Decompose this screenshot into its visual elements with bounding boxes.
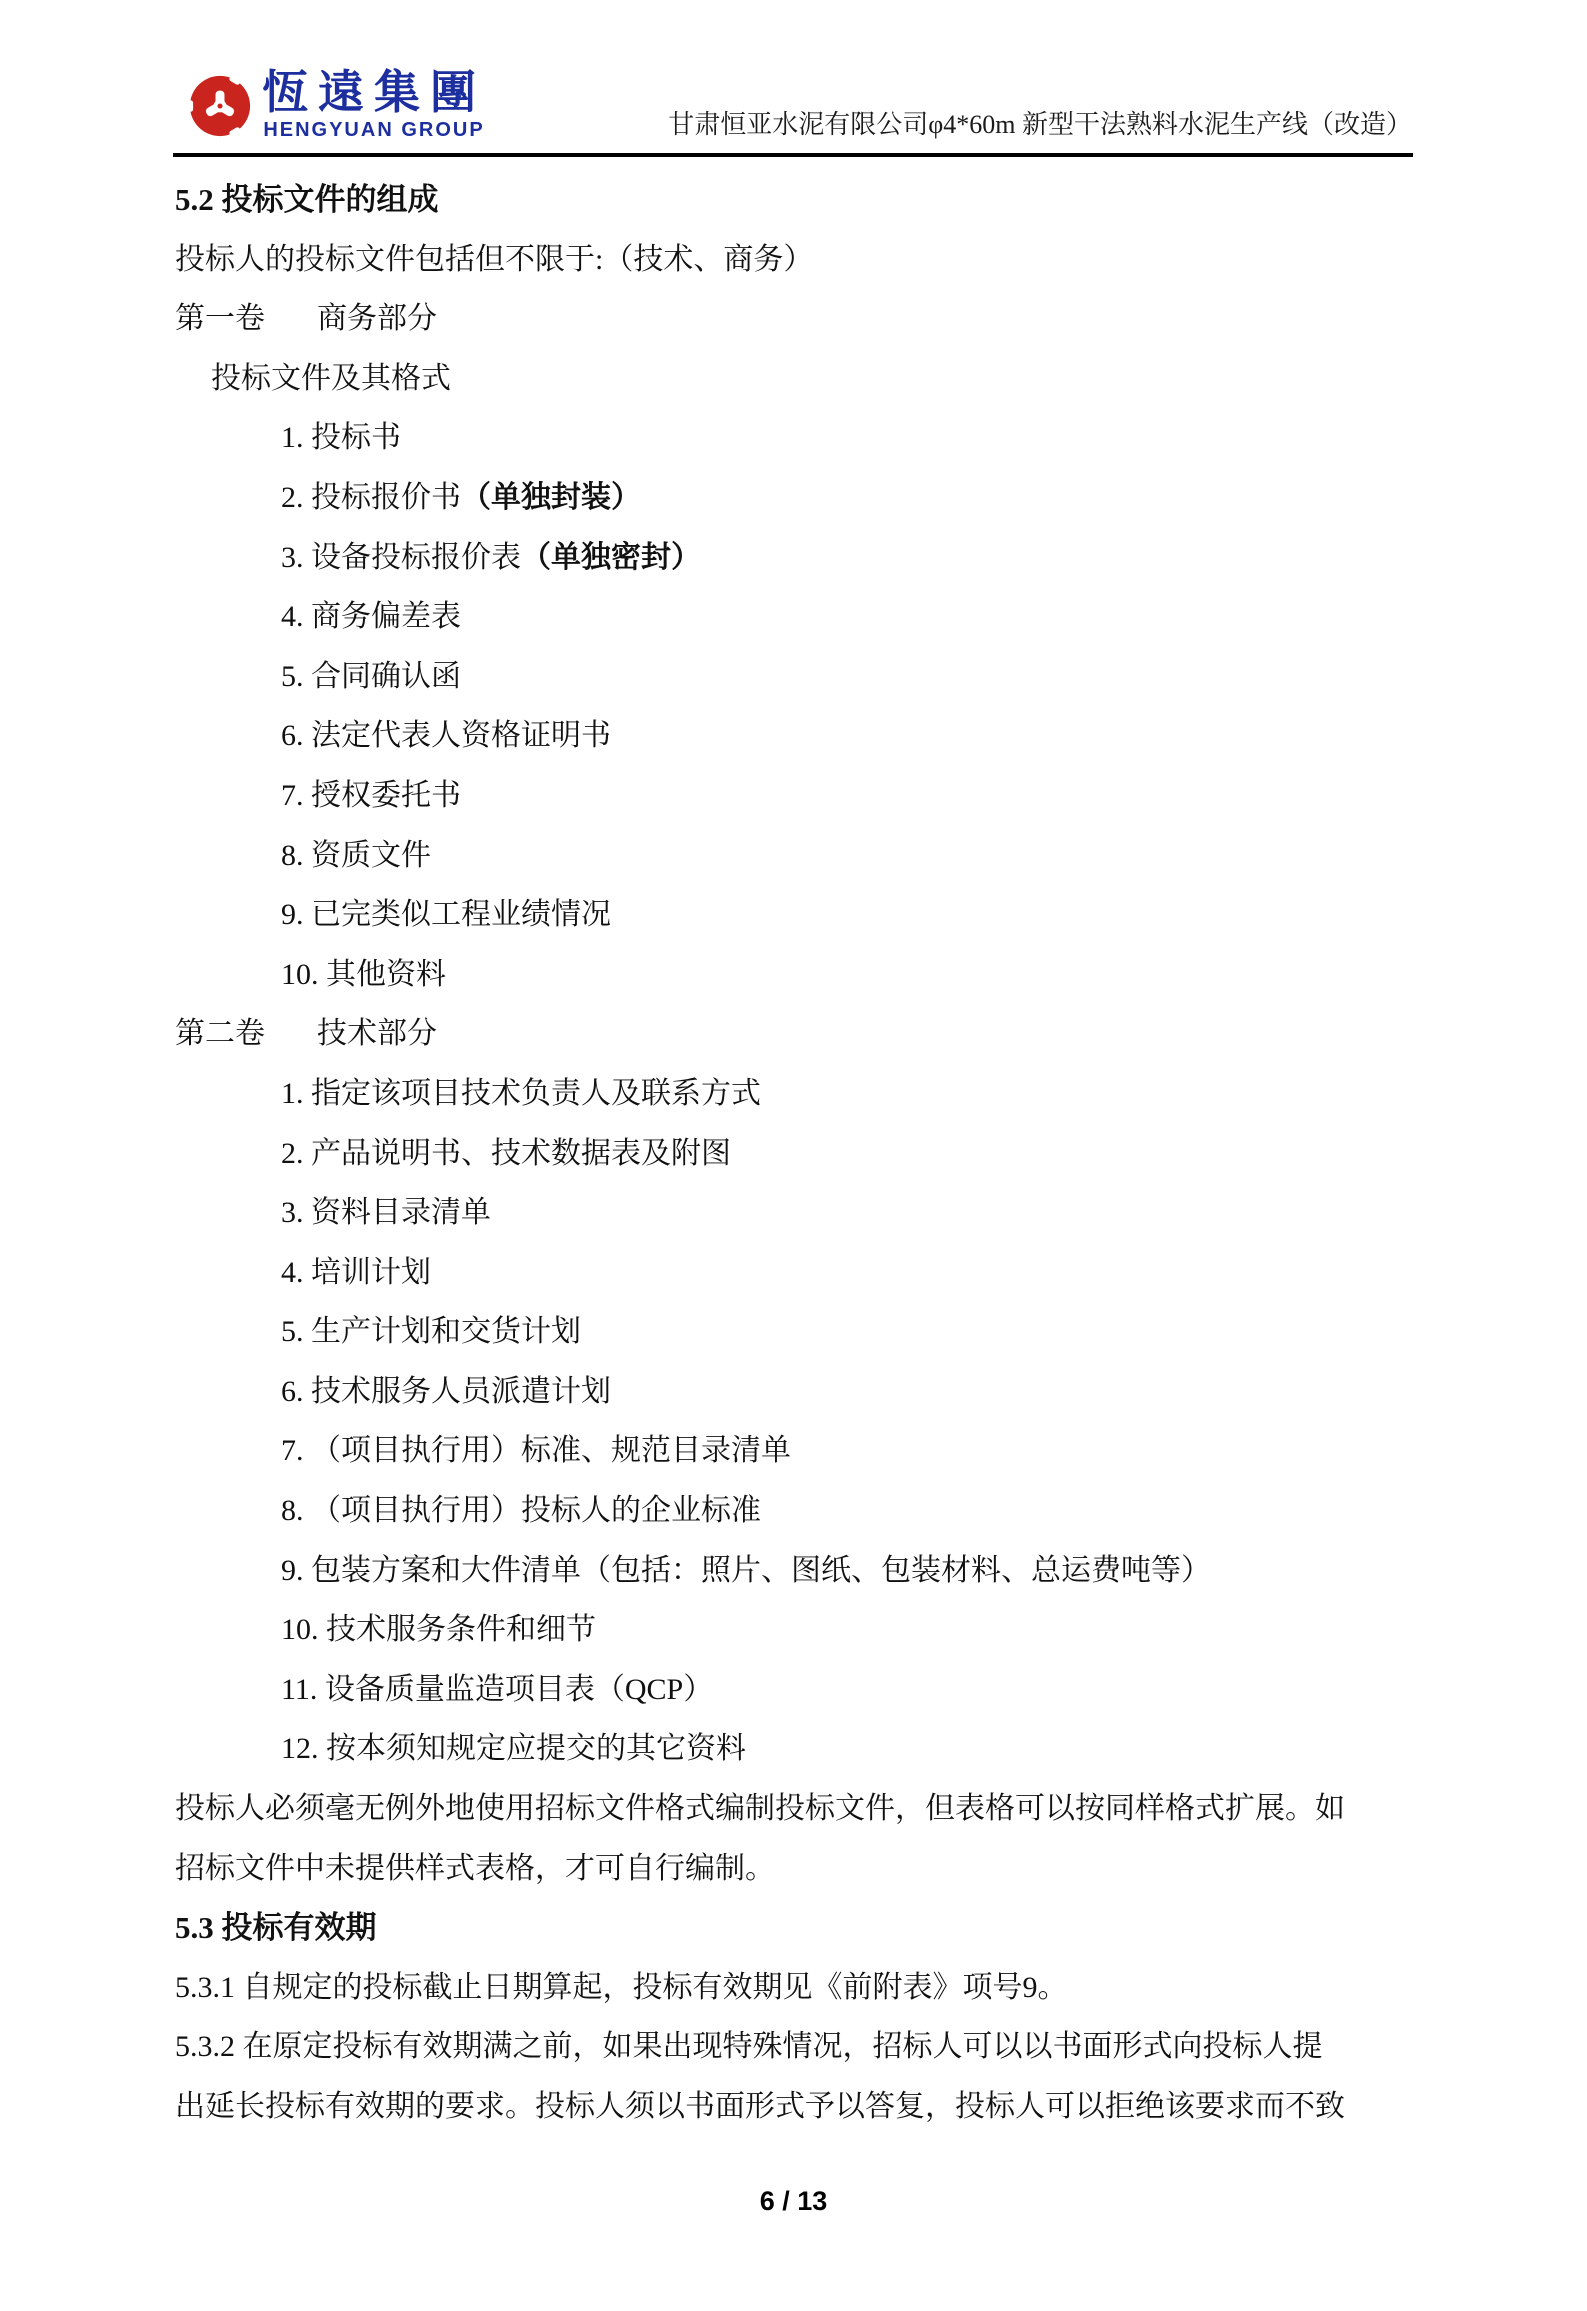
list-item: 4. 培训计划 <box>175 1243 1435 1303</box>
list-item: 7. 授权委托书 <box>175 766 1435 826</box>
list-item: 9. 已完类似工程业绩情况 <box>175 885 1435 945</box>
list-item: 10. 其他资料 <box>175 945 1435 1005</box>
list-item: 2. 产品说明书、技术数据表及附图 <box>175 1124 1435 1184</box>
list-item: 1. 投标书 <box>175 408 1435 468</box>
closing-paragraph-line: 投标人必须毫无例外地使用招标文件格式编制投标文件，但表格可以按同样格式扩展。如 <box>175 1779 1435 1839</box>
volume2-heading: 第二卷技术部分 <box>175 1004 1435 1064</box>
section-5-3-heading: 5.3 投标有效期 <box>175 1898 1435 1958</box>
list-item: 11. 设备质量监造项目表（QCP） <box>175 1660 1435 1720</box>
clause-5-3-1: 5.3.1 自规定的投标截止日期算起，投标有效期见《前附表》项号9。 <box>175 1958 1435 2018</box>
list-item: 5. 生产计划和交货计划 <box>175 1302 1435 1362</box>
document-body: 5.2 投标文件的组成 投标人的投标文件包括但不限于:（技术、商务） 第一卷商务… <box>175 170 1435 2137</box>
header-divider <box>173 153 1413 157</box>
list-item: 5. 合同确认函 <box>175 647 1435 707</box>
sealed-note: （单独密封） <box>521 541 701 574</box>
list-item: 2. 投标报价书（单独封装） <box>175 468 1435 528</box>
volume2-label: 第二卷 <box>175 1017 265 1050</box>
list-item: 9. 包装方案和大件清单（包括：照片、图纸、包装材料、总运费吨等） <box>175 1541 1435 1601</box>
list-item: 7. （项目执行用）标准、规范目录清单 <box>175 1421 1435 1481</box>
list-item: 3. 资料目录清单 <box>175 1183 1435 1243</box>
list-item: 6. 法定代表人资格证明书 <box>175 706 1435 766</box>
page-number: 6 / 13 <box>0 2186 1587 2217</box>
volume1-subtitle: 投标文件及其格式 <box>175 349 1435 409</box>
closing-paragraph-line: 招标文件中未提供样式表格，才可自行编制。 <box>175 1839 1435 1899</box>
volume1-title: 商务部分 <box>317 302 437 335</box>
list-item: 3. 设备投标报价表（单独密封） <box>175 528 1435 588</box>
list-item: 6. 技术服务人员派遣计划 <box>175 1362 1435 1422</box>
list-item: 1. 指定该项目技术负责人及联系方式 <box>175 1064 1435 1124</box>
section-5-2-heading: 5.2 投标文件的组成 <box>175 170 1435 230</box>
section-5-2-intro: 投标人的投标文件包括但不限于:（技术、商务） <box>175 230 1435 290</box>
clause-5-3-2-line: 5.3.2 在原定投标有效期满之前，如果出现特殊情况，招标人可以以书面形式向投标… <box>175 2017 1435 2077</box>
list-item: 12. 按本须知规定应提交的其它资料 <box>175 1719 1435 1779</box>
list-item: 4. 商务偏差表 <box>175 587 1435 647</box>
volume2-title: 技术部分 <box>317 1017 437 1050</box>
project-title: 甘肃恒亚水泥有限公司φ4*60m 新型干法熟料水泥生产线（改造） <box>175 104 1412 141</box>
document-page: 恆遠集團 HENGYUAN GROUP 甘肃恒亚水泥有限公司φ4*60m 新型干… <box>0 0 1587 2311</box>
clause-5-3-2-line: 出延长投标有效期的要求。投标人须以书面形式予以答复，投标人可以拒绝该要求而不致 <box>175 2077 1435 2137</box>
list-item: 8. 资质文件 <box>175 826 1435 886</box>
volume1-label: 第一卷 <box>175 302 265 335</box>
sealed-note: （单独封装） <box>461 481 641 514</box>
list-item: 10. 技术服务条件和细节 <box>175 1600 1435 1660</box>
volume1-heading: 第一卷商务部分 <box>175 289 1435 349</box>
list-item: 8. （项目执行用）投标人的企业标准 <box>175 1481 1435 1541</box>
